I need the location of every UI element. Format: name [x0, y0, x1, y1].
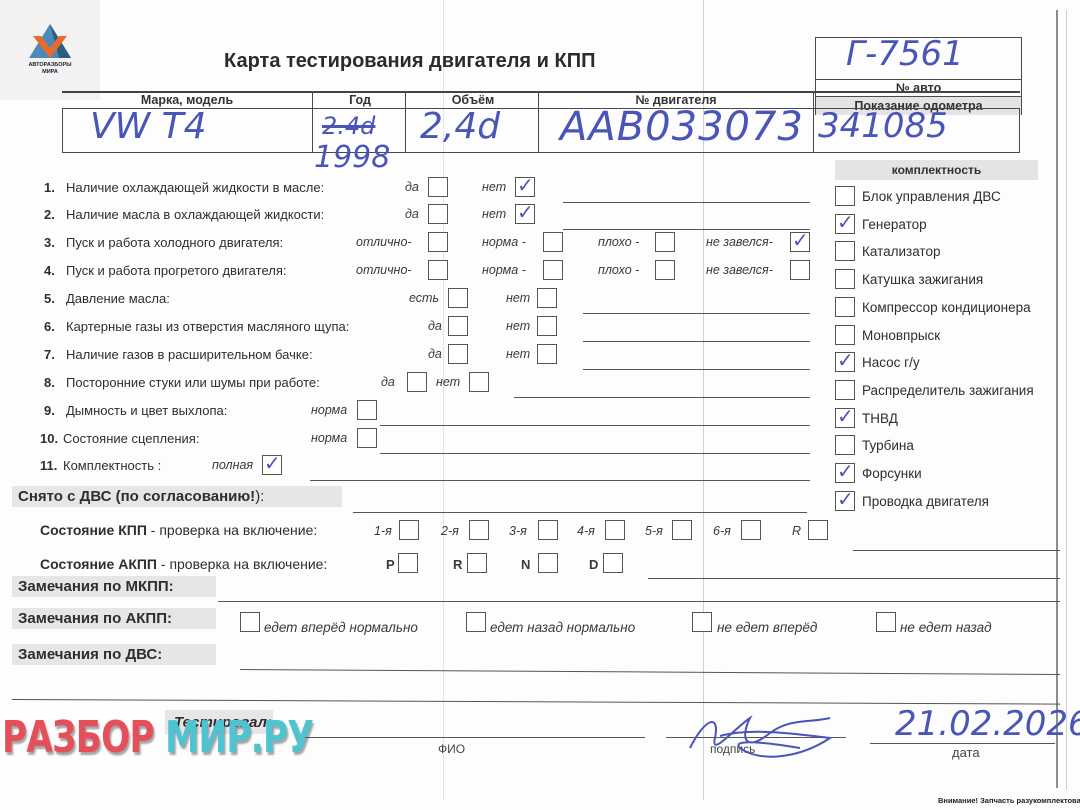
divider	[538, 91, 539, 153]
question-text: Давление масла:	[66, 291, 170, 306]
check-mark-icon: ✓	[837, 349, 854, 371]
komplektnost-checkbox[interactable]	[835, 241, 855, 261]
option-label: норма -	[482, 263, 526, 277]
question-number: 9.	[44, 403, 55, 418]
section-title: Снято с ДВС (по согласованию!	[18, 488, 255, 505]
gear-label: 2-я	[441, 524, 459, 538]
komplektnost-item-label: Блок управления ДВС	[862, 189, 1001, 204]
logo-text: МИРА	[0, 69, 100, 76]
option-checkbox[interactable]: ✓	[515, 204, 535, 224]
check-mark-icon: ✓	[792, 229, 809, 251]
option-label: отлично-	[356, 263, 412, 277]
remarks-mkpp-label: Замечания по МКПП:	[12, 576, 216, 597]
remarks-dvs-label: Замечания по ДВС:	[12, 644, 216, 665]
removed-parts-line[interactable]	[353, 512, 807, 513]
gear-checkbox[interactable]	[538, 520, 558, 540]
akpp-remark-label: едет вперёд нормально	[264, 620, 418, 635]
akpp-remark-label: не едет назад	[900, 620, 992, 635]
warning-note: Внимание! Запчасть разукомплектована!	[938, 796, 1080, 805]
option-label: полная	[212, 458, 253, 472]
option-label: да	[428, 319, 442, 333]
question-text: Состояние сцепления:	[63, 431, 199, 446]
komplektnost-item-label: Компрессор кондиционера	[862, 300, 1031, 315]
fio-caption: ФИО	[438, 742, 465, 756]
gear-checkbox[interactable]	[605, 520, 625, 540]
option-label: не завелся-	[706, 263, 773, 277]
option-label: плохо -	[598, 263, 639, 277]
option-checkbox[interactable]	[655, 232, 675, 252]
check-mark-icon: ✓	[517, 201, 534, 223]
option-checkbox[interactable]	[537, 344, 557, 364]
komplektnost-heading: комплектность	[835, 160, 1038, 180]
option-checkbox[interactable]	[448, 316, 468, 336]
auto-number-field[interactable]: Г-7561	[815, 37, 1022, 80]
option-label: да	[405, 207, 419, 221]
question-text: Пуск и работа холодного двигателя:	[66, 235, 283, 250]
question-text: Пуск и работа прогретого двигателя:	[66, 263, 286, 278]
akpp-remark-label: едет назад нормально	[490, 620, 635, 635]
option-label: норма	[311, 431, 347, 445]
question-number: 5.	[44, 291, 55, 306]
gear-checkbox[interactable]	[467, 553, 487, 573]
logo: АВТОРАЗБОРЫ МИРА	[0, 0, 100, 100]
signature-scribble	[680, 708, 850, 768]
remarks-akpp-label: Замечания по АКПП:	[12, 608, 216, 629]
gear-checkbox[interactable]	[399, 520, 419, 540]
question-text: Наличие масла в охлаждающей жидкости:	[66, 207, 324, 222]
brand-part1: РАЗБОР	[2, 712, 154, 763]
gear-checkbox[interactable]	[538, 553, 558, 573]
option-checkbox[interactable]	[790, 260, 810, 280]
option-checkbox[interactable]	[469, 372, 489, 392]
question-number: 7.	[44, 347, 55, 362]
notes-line[interactable]	[583, 313, 810, 314]
option-label: отлично-	[356, 235, 412, 249]
option-checkbox[interactable]	[543, 232, 563, 252]
check-mark-icon: ✓	[264, 452, 281, 474]
remarks-mkpp-line[interactable]	[218, 601, 1060, 602]
page-edge	[1056, 10, 1058, 788]
question-number: 3.	[44, 235, 55, 250]
divider	[62, 108, 63, 153]
option-label: нет	[506, 347, 530, 361]
komplektnost-checkbox[interactable]	[835, 435, 855, 455]
akpp-label: Состояние АКПП - проверка на включение:	[40, 556, 327, 572]
question-number: 1.	[44, 180, 55, 195]
option-checkbox[interactable]: ✓	[515, 177, 535, 197]
col-header-volume: Объём	[408, 93, 538, 107]
gear-checkbox[interactable]	[603, 553, 623, 573]
option-label: нет	[506, 291, 530, 305]
akpp-remark-checkbox[interactable]	[692, 612, 712, 632]
option-checkbox[interactable]	[428, 177, 448, 197]
komplektnost-item-label: Форсунки	[862, 466, 922, 481]
gear-label: N	[521, 557, 530, 572]
question-text: Наличие газов в расширительном бачке:	[66, 347, 313, 362]
option-checkbox[interactable]	[428, 232, 448, 252]
gear-label: D	[589, 557, 598, 572]
gear-checkbox[interactable]	[741, 520, 761, 540]
removed-section-label: Снято с ДВС (по согласованию!):	[12, 486, 342, 507]
option-label: есть	[409, 291, 439, 305]
gear-label: 5-я	[645, 524, 663, 538]
gear-label: R	[453, 557, 462, 572]
option-label: плохо -	[598, 235, 639, 249]
option-checkbox[interactable]	[448, 344, 468, 364]
gear-label: P	[386, 557, 395, 572]
option-checkbox[interactable]: ✓	[262, 455, 282, 475]
model-value[interactable]: VW T4	[90, 106, 207, 147]
komplektnost-item-label: Распределитель зажигания	[862, 383, 1034, 398]
komplektnost-checkbox[interactable]	[835, 325, 855, 345]
gear-label: 6-я	[713, 524, 731, 538]
kpp-notes-line[interactable]	[853, 550, 1060, 551]
option-label: да	[381, 375, 395, 389]
gear-checkbox[interactable]	[398, 553, 418, 573]
kpp-label: Состояние КПП - проверка на включение:	[40, 522, 317, 538]
question-text: Картерные газы из отверстия масляного щу…	[66, 319, 349, 334]
notes-line[interactable]	[310, 480, 810, 481]
komplektnost-checkbox[interactable]: ✓	[835, 491, 855, 511]
gear-checkbox[interactable]	[469, 520, 489, 540]
komplektnost-checkbox[interactable]	[835, 269, 855, 289]
option-label: да	[428, 347, 442, 361]
akpp-remark-checkbox[interactable]	[240, 612, 260, 632]
question-number: 2.	[44, 207, 55, 222]
odometer-value[interactable]: 341085	[818, 106, 948, 146]
option-checkbox[interactable]	[448, 288, 468, 308]
page-title: Карта тестирования двигателя и КПП	[224, 50, 595, 73]
option-label: норма -	[482, 235, 526, 249]
option-checkbox[interactable]	[537, 316, 557, 336]
gear-checkbox[interactable]	[672, 520, 692, 540]
komplektnost-checkbox[interactable]: ✓	[835, 408, 855, 428]
question-number: 10.	[40, 431, 58, 446]
komplektnost-checkbox[interactable]: ✓	[835, 463, 855, 483]
engine-number-value[interactable]: AAB033073	[560, 104, 804, 150]
question-text: Наличие охлаждающей жидкости в масле:	[66, 180, 324, 195]
komplektnost-checkbox[interactable]	[835, 297, 855, 317]
komplektnost-item-label: Турбина	[862, 438, 914, 453]
notes-line[interactable]	[380, 425, 810, 426]
notes-line[interactable]	[514, 397, 810, 398]
option-checkbox[interactable]	[357, 428, 377, 448]
gear-label: 1-я	[374, 524, 392, 538]
brand-watermark: РАЗБОР МИР.РУ	[2, 712, 313, 763]
notes-line[interactable]	[583, 341, 810, 342]
check-mark-icon: ✓	[517, 174, 534, 196]
gear-label: R	[792, 524, 801, 538]
komplektnost-checkbox[interactable]: ✓	[835, 352, 855, 372]
option-label: да	[405, 180, 419, 194]
question-text: Посторонние стуки или шумы при работе:	[66, 375, 320, 390]
question-number: 8.	[44, 375, 55, 390]
year-correction-value[interactable]: 1998	[314, 140, 390, 175]
check-mark-icon: ✓	[837, 488, 854, 510]
date-value[interactable]: 21.02.2026	[895, 704, 1080, 744]
komplektnost-item-label: Генератор	[862, 217, 927, 232]
question-number: 4.	[44, 263, 55, 278]
fio-line[interactable]	[305, 737, 645, 738]
komplektnost-item-label: Насос г/у	[862, 355, 920, 370]
option-checkbox[interactable]: ✓	[790, 232, 810, 252]
brand-part2: МИР.РУ	[165, 712, 313, 763]
option-label: нет	[436, 375, 460, 389]
option-checkbox[interactable]	[428, 260, 448, 280]
question-text: Дымность и цвет выхлопа:	[66, 403, 227, 418]
question-number: 6.	[44, 319, 55, 334]
year-value-crossed[interactable]: 2.4d	[322, 112, 375, 140]
option-checkbox[interactable]	[655, 260, 675, 280]
akpp-remark-label: не едет вперёд	[717, 620, 817, 635]
page-edge	[1066, 10, 1067, 790]
logo-mountain-icon	[29, 24, 71, 62]
komplektnost-item-label: Катализатор	[862, 244, 940, 259]
date-caption: дата	[952, 745, 980, 760]
auto-number-value: Г-7561	[846, 34, 964, 74]
option-label: нет	[482, 180, 506, 194]
option-checkbox[interactable]	[543, 260, 563, 280]
question-text: Комплектность :	[63, 458, 161, 473]
option-checkbox[interactable]	[428, 204, 448, 224]
option-label: норма	[311, 403, 347, 417]
auto-number-label: № авто	[815, 79, 1022, 96]
komplektnost-item-label: ТНВД	[862, 411, 898, 426]
question-number: 11.	[40, 458, 57, 473]
check-mark-icon: ✓	[837, 405, 854, 427]
akpp-remark-checkbox[interactable]	[466, 612, 486, 632]
gear-label: 4-я	[577, 524, 595, 538]
notes-line[interactable]	[563, 202, 810, 203]
col-header-model: Марка, модель	[62, 93, 312, 107]
option-label: нет	[506, 319, 530, 333]
komplektnost-checkbox[interactable]	[835, 186, 855, 206]
divider	[813, 91, 814, 153]
notes-line[interactable]	[563, 229, 810, 230]
col-header-year: Год	[315, 93, 405, 107]
akpp-notes-line[interactable]	[648, 578, 1060, 579]
logo-text: АВТОРАЗБОРЫ	[0, 62, 100, 69]
option-checkbox[interactable]	[357, 400, 377, 420]
komplektnost-item-label: Моновпрыск	[862, 328, 940, 343]
komplektnost-item-label: Катушка зажигания	[862, 272, 983, 287]
gear-checkbox[interactable]	[808, 520, 828, 540]
check-mark-icon: ✓	[837, 211, 854, 233]
volume-value[interactable]: 2,4d	[420, 106, 500, 147]
option-checkbox[interactable]	[407, 372, 427, 392]
option-label: не завелся-	[706, 235, 773, 249]
notes-line[interactable]	[583, 369, 810, 370]
akpp-remark-checkbox[interactable]	[876, 612, 896, 632]
komplektnost-checkbox[interactable]	[835, 380, 855, 400]
section-title-tail: ):	[255, 488, 264, 505]
komplektnost-checkbox[interactable]: ✓	[835, 214, 855, 234]
notes-line[interactable]	[380, 453, 810, 454]
gear-label: 3-я	[509, 524, 527, 538]
option-label: нет	[482, 207, 506, 221]
komplektnost-item-label: Проводка двигателя	[862, 494, 989, 509]
divider	[405, 91, 406, 153]
check-mark-icon: ✓	[837, 460, 854, 482]
option-checkbox[interactable]	[537, 288, 557, 308]
